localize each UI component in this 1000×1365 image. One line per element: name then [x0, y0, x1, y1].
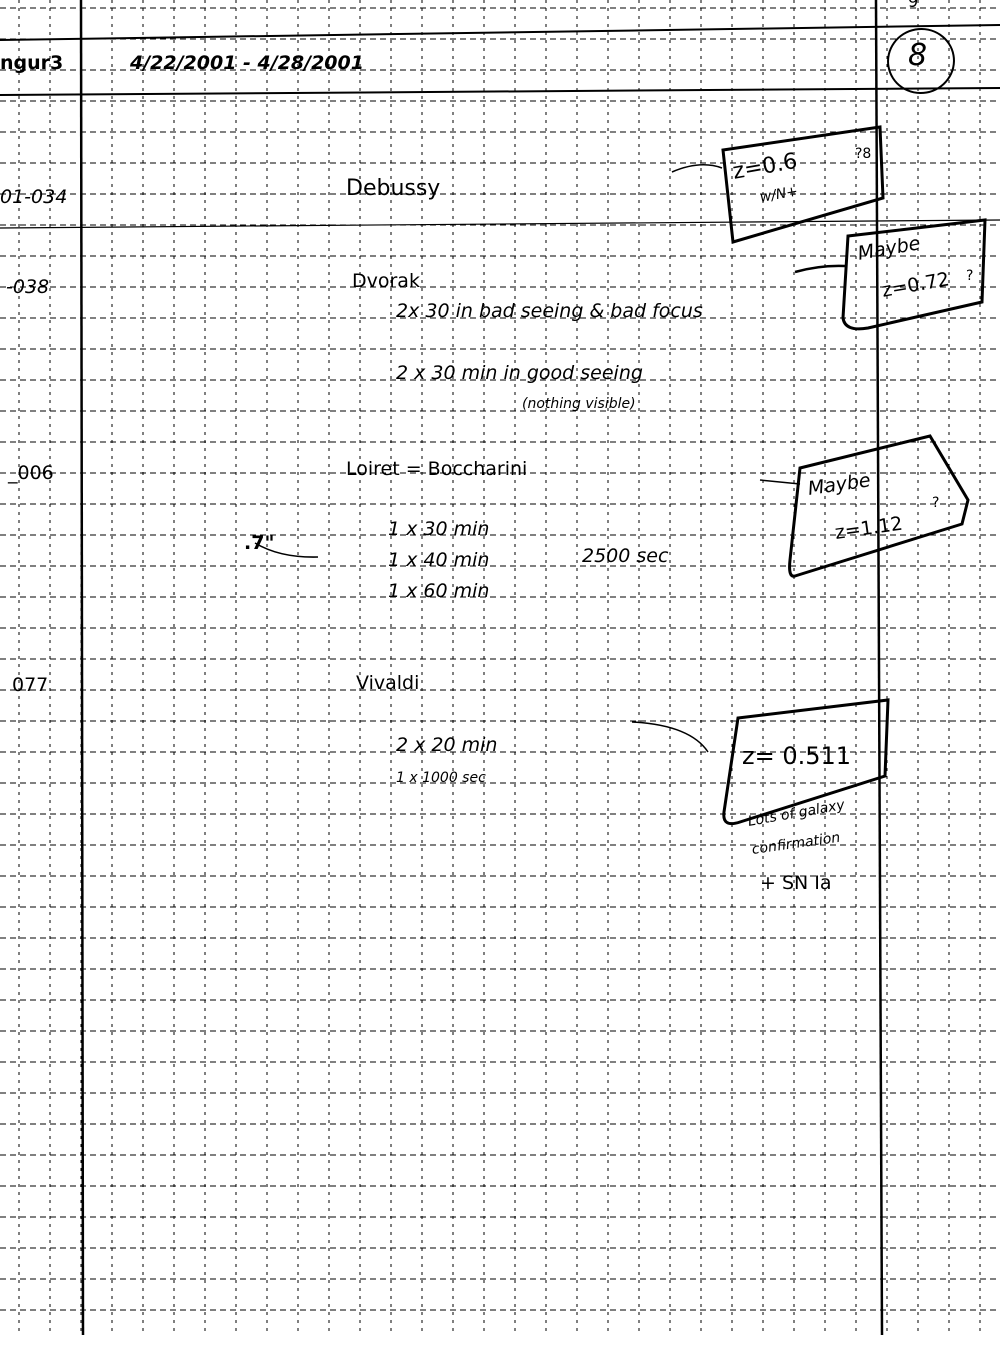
entry-id: -038: [6, 276, 49, 298]
note-line: 2 x 20 min: [396, 734, 497, 756]
entry-id: 077: [12, 674, 48, 696]
object-name: Loiret = Boccharini: [346, 458, 527, 480]
note-line: 1 x 40 min: [388, 549, 489, 571]
object-name: Vivaldi: [356, 672, 419, 694]
note-line: 1 x 1000 sec: [396, 770, 486, 786]
note-line: 1 x 60 min: [388, 580, 489, 602]
corner-mark: 9: [908, 0, 918, 11]
note-line: 2x 30 in bad seeing & bad focus: [396, 300, 703, 322]
annotation-below: + SN Ia: [760, 872, 832, 894]
side-note: .7": [244, 532, 274, 554]
entry-id: 01-034: [0, 186, 67, 208]
annotation-question: ?: [932, 495, 939, 511]
object-name: Debussy: [346, 176, 440, 201]
annotation-question: ?8: [855, 146, 871, 162]
annotation-question: ?: [966, 268, 973, 284]
date-range: 4/22/2001 - 4/28/2001: [130, 52, 364, 74]
notebook-label: ngur3: [0, 52, 63, 74]
annotation-redshift: z= 0.511: [742, 742, 851, 770]
note-line: 2 x 30 min in good seeing: [396, 362, 643, 384]
note-line: (nothing visible): [522, 396, 636, 412]
note-exposure: 2500 sec: [582, 545, 668, 567]
page-number: 8: [908, 38, 927, 73]
object-name: Dvorak: [352, 270, 420, 292]
entry-id: _006: [8, 462, 54, 484]
note-line: 1 x 30 min: [388, 518, 489, 540]
graph-paper-grid: [0, 0, 1000, 1365]
